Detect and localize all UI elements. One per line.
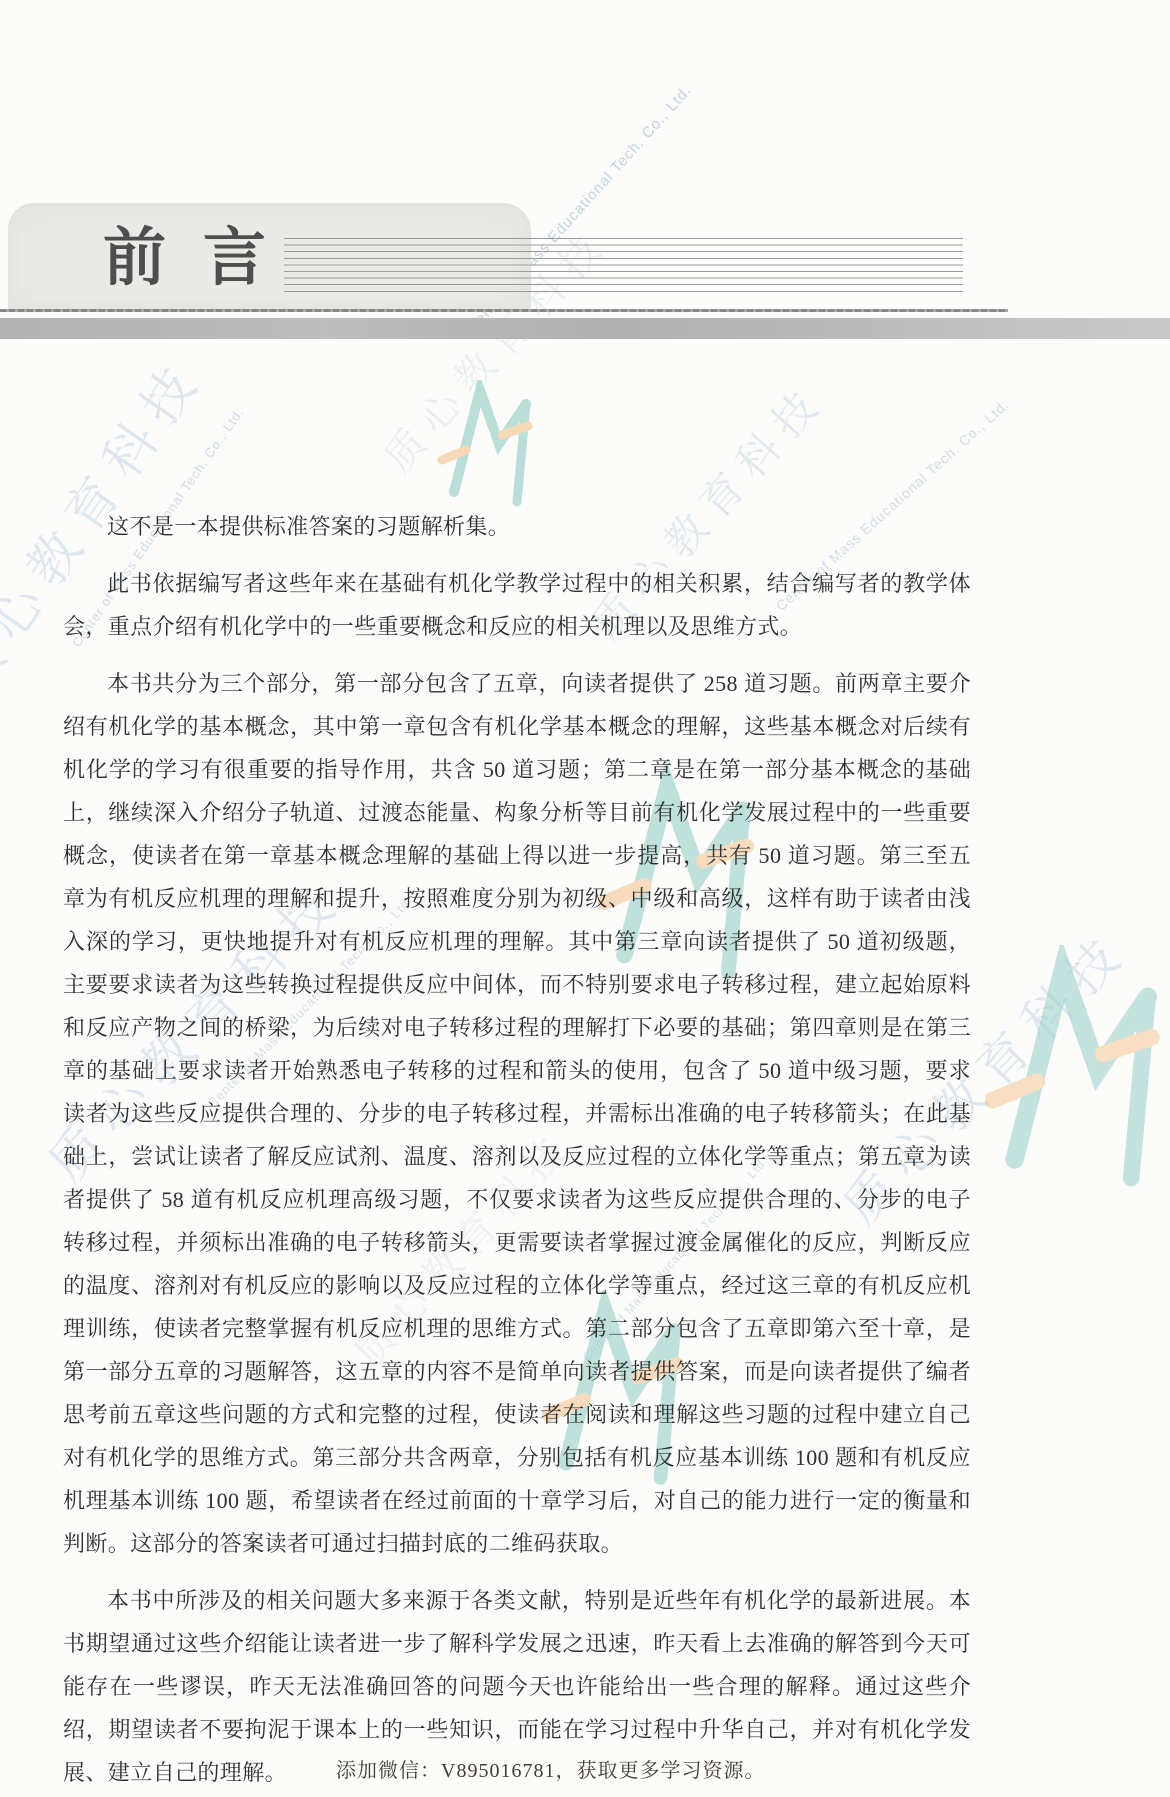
paragraph-structure: 本书共分为三个部分，第一部分包含了五章，向读者提供了 258 道习题。前两章主要… [63,662,971,1565]
preface-body: 这不是一本提供标准答案的习题解析集。 此书依据编写者这些年来在基础有机化学教学过… [63,505,971,1794]
header-rule-lines [284,238,963,295]
page-title: 前 言 [103,222,266,294]
qz-logo-icon [985,945,1170,1200]
preface-page: Center of Mass Educational Tech. Co., Lt… [0,0,1170,1797]
paragraph-intro: 这不是一本提供标准答案的习题解析集。 [63,505,971,548]
title-char: 言 [203,222,266,294]
qz-logo-icon [432,380,544,510]
header-gray-band [0,318,1170,339]
footer-note: 添加微信：V895016781，获取更多学习资源。 [336,1754,765,1783]
title-char: 前 [103,222,166,294]
paragraph-basis: 此书依据编写者这些年来在基础有机化学教学过程中的相关积累，结合编写者的教学体会，… [63,562,971,648]
header-divider-line [0,309,1008,312]
